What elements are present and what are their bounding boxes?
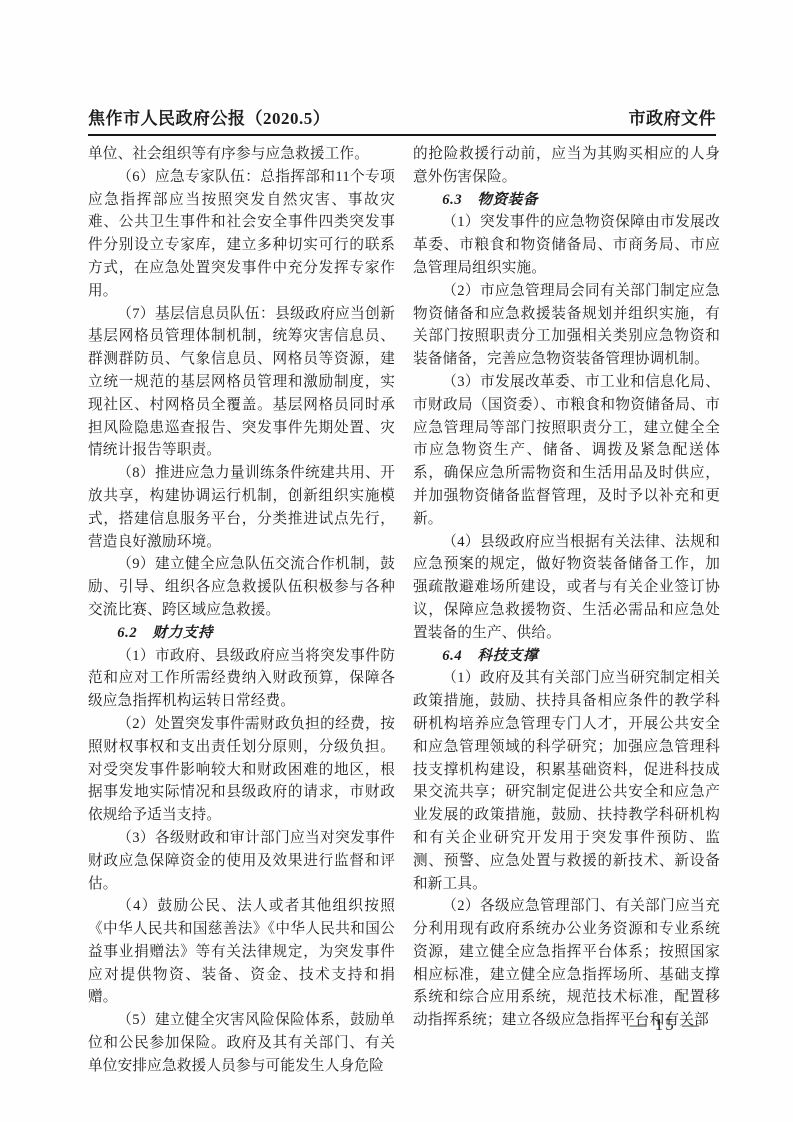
left-column: 单位、社会组织等有序参与应急救援工作。 （6）应急专家队伍：总指挥部和11个专项… bbox=[88, 143, 395, 1078]
page-number: — 15 — bbox=[630, 1015, 702, 1035]
text-columns: 单位、社会组织等有序参与应急救援工作。 （6）应急专家队伍：总指挥部和11个专项… bbox=[88, 143, 720, 1078]
header-gazette-title: 焦作市人民政府公报（2020.5） bbox=[88, 104, 330, 129]
paragraph-item-4: （4）县级政府应当根据有关法律、法规和应急预案的规定，做好物资装备储备工作，加强… bbox=[413, 531, 720, 645]
section-heading-6-3: 6.3 物资装备 bbox=[413, 189, 720, 212]
paragraph-item-4: （4）鼓励公民、法人或者其他组织按照《中华人民共和国慈善法》《中华人民共和国公益… bbox=[88, 895, 395, 1009]
paragraph-item-3: （3）市发展改革委、市工业和信息化局、市财政局（国资委）、市粮食和物资储备局、市… bbox=[413, 371, 720, 531]
paragraph-item-2: （2）处置突发事件需财政负担的经费，按照财权事权和支出责任划分原则，分级负担。对… bbox=[88, 713, 395, 827]
paragraph-item-1b: （1）政府及其有关部门应当研究制定相关政策措施，鼓励、扶持具备相应条件的教学科研… bbox=[413, 667, 720, 895]
header-section-label: 市政府文件 bbox=[629, 104, 717, 129]
section-heading-6-4: 6.4 科技支撑 bbox=[413, 645, 720, 668]
paragraph-item-2: （2）市应急管理局会同有关部门制定应急物资储备和应急救援装备规划并组织实施，有关… bbox=[413, 280, 720, 371]
paragraph-continuation: 单位、社会组织等有序参与应急救援工作。 bbox=[88, 143, 395, 166]
paragraph-item-2b: （2）各级应急管理部门、有关部门应当充分利用现有政府系统办公业务资源和专业系统资… bbox=[413, 895, 720, 1032]
paragraph-item-1: （1）突发事件的应急物资保障由市发展改革委、市粮食和物资储备局、市商务局、市应急… bbox=[413, 211, 720, 279]
paragraph-continuation: 的抢险救援行动前，应当为其购买相应的人身意外伤害保险。 bbox=[413, 143, 720, 189]
paragraph-item-5: （5）建立健全灾害风险保险体系，鼓励单位和公民参加保险。政府及其有关部门、有关单… bbox=[88, 1009, 395, 1077]
gazette-page: 焦作市人民政府公报（2020.5） 市政府文件 单位、社会组织等有序参与应急救援… bbox=[0, 0, 793, 1122]
section-heading-6-2: 6.2 财力支持 bbox=[88, 622, 395, 645]
paragraph-item-6: （6）应急专家队伍：总指挥部和11个专项应急指挥部应当按照突发自然灾害、事故灾难… bbox=[88, 166, 395, 303]
paragraph-item-7: （7）基层信息员队伍：县级政府应当创新基层网格员管理体制机制，统筹灾害信息员、群… bbox=[88, 303, 395, 463]
paragraph-item-3: （3）各级财政和审计部门应当对突发事件财政应急保障资金的使用及效果进行监督和评估… bbox=[88, 827, 395, 895]
paragraph-item-1: （1）市政府、县级政府应当将突发事件防范和应对工作所需经费纳入财政预算，保障各级… bbox=[88, 645, 395, 713]
paragraph-item-8: （8）推进应急力量训练条件统建共用、开放共享，构建协调运行机制，创新组织实施模式… bbox=[88, 462, 395, 553]
paragraph-item-9: （9）建立健全应急队伍交流合作机制，鼓励、引导、组织各应急救援队伍积极参与各种交… bbox=[88, 553, 395, 621]
right-column: 的抢险救援行动前，应当为其购买相应的人身意外伤害保险。 6.3 物资装备 （1）… bbox=[413, 143, 720, 1078]
page-header: 焦作市人民政府公报（2020.5） 市政府文件 bbox=[88, 104, 716, 136]
